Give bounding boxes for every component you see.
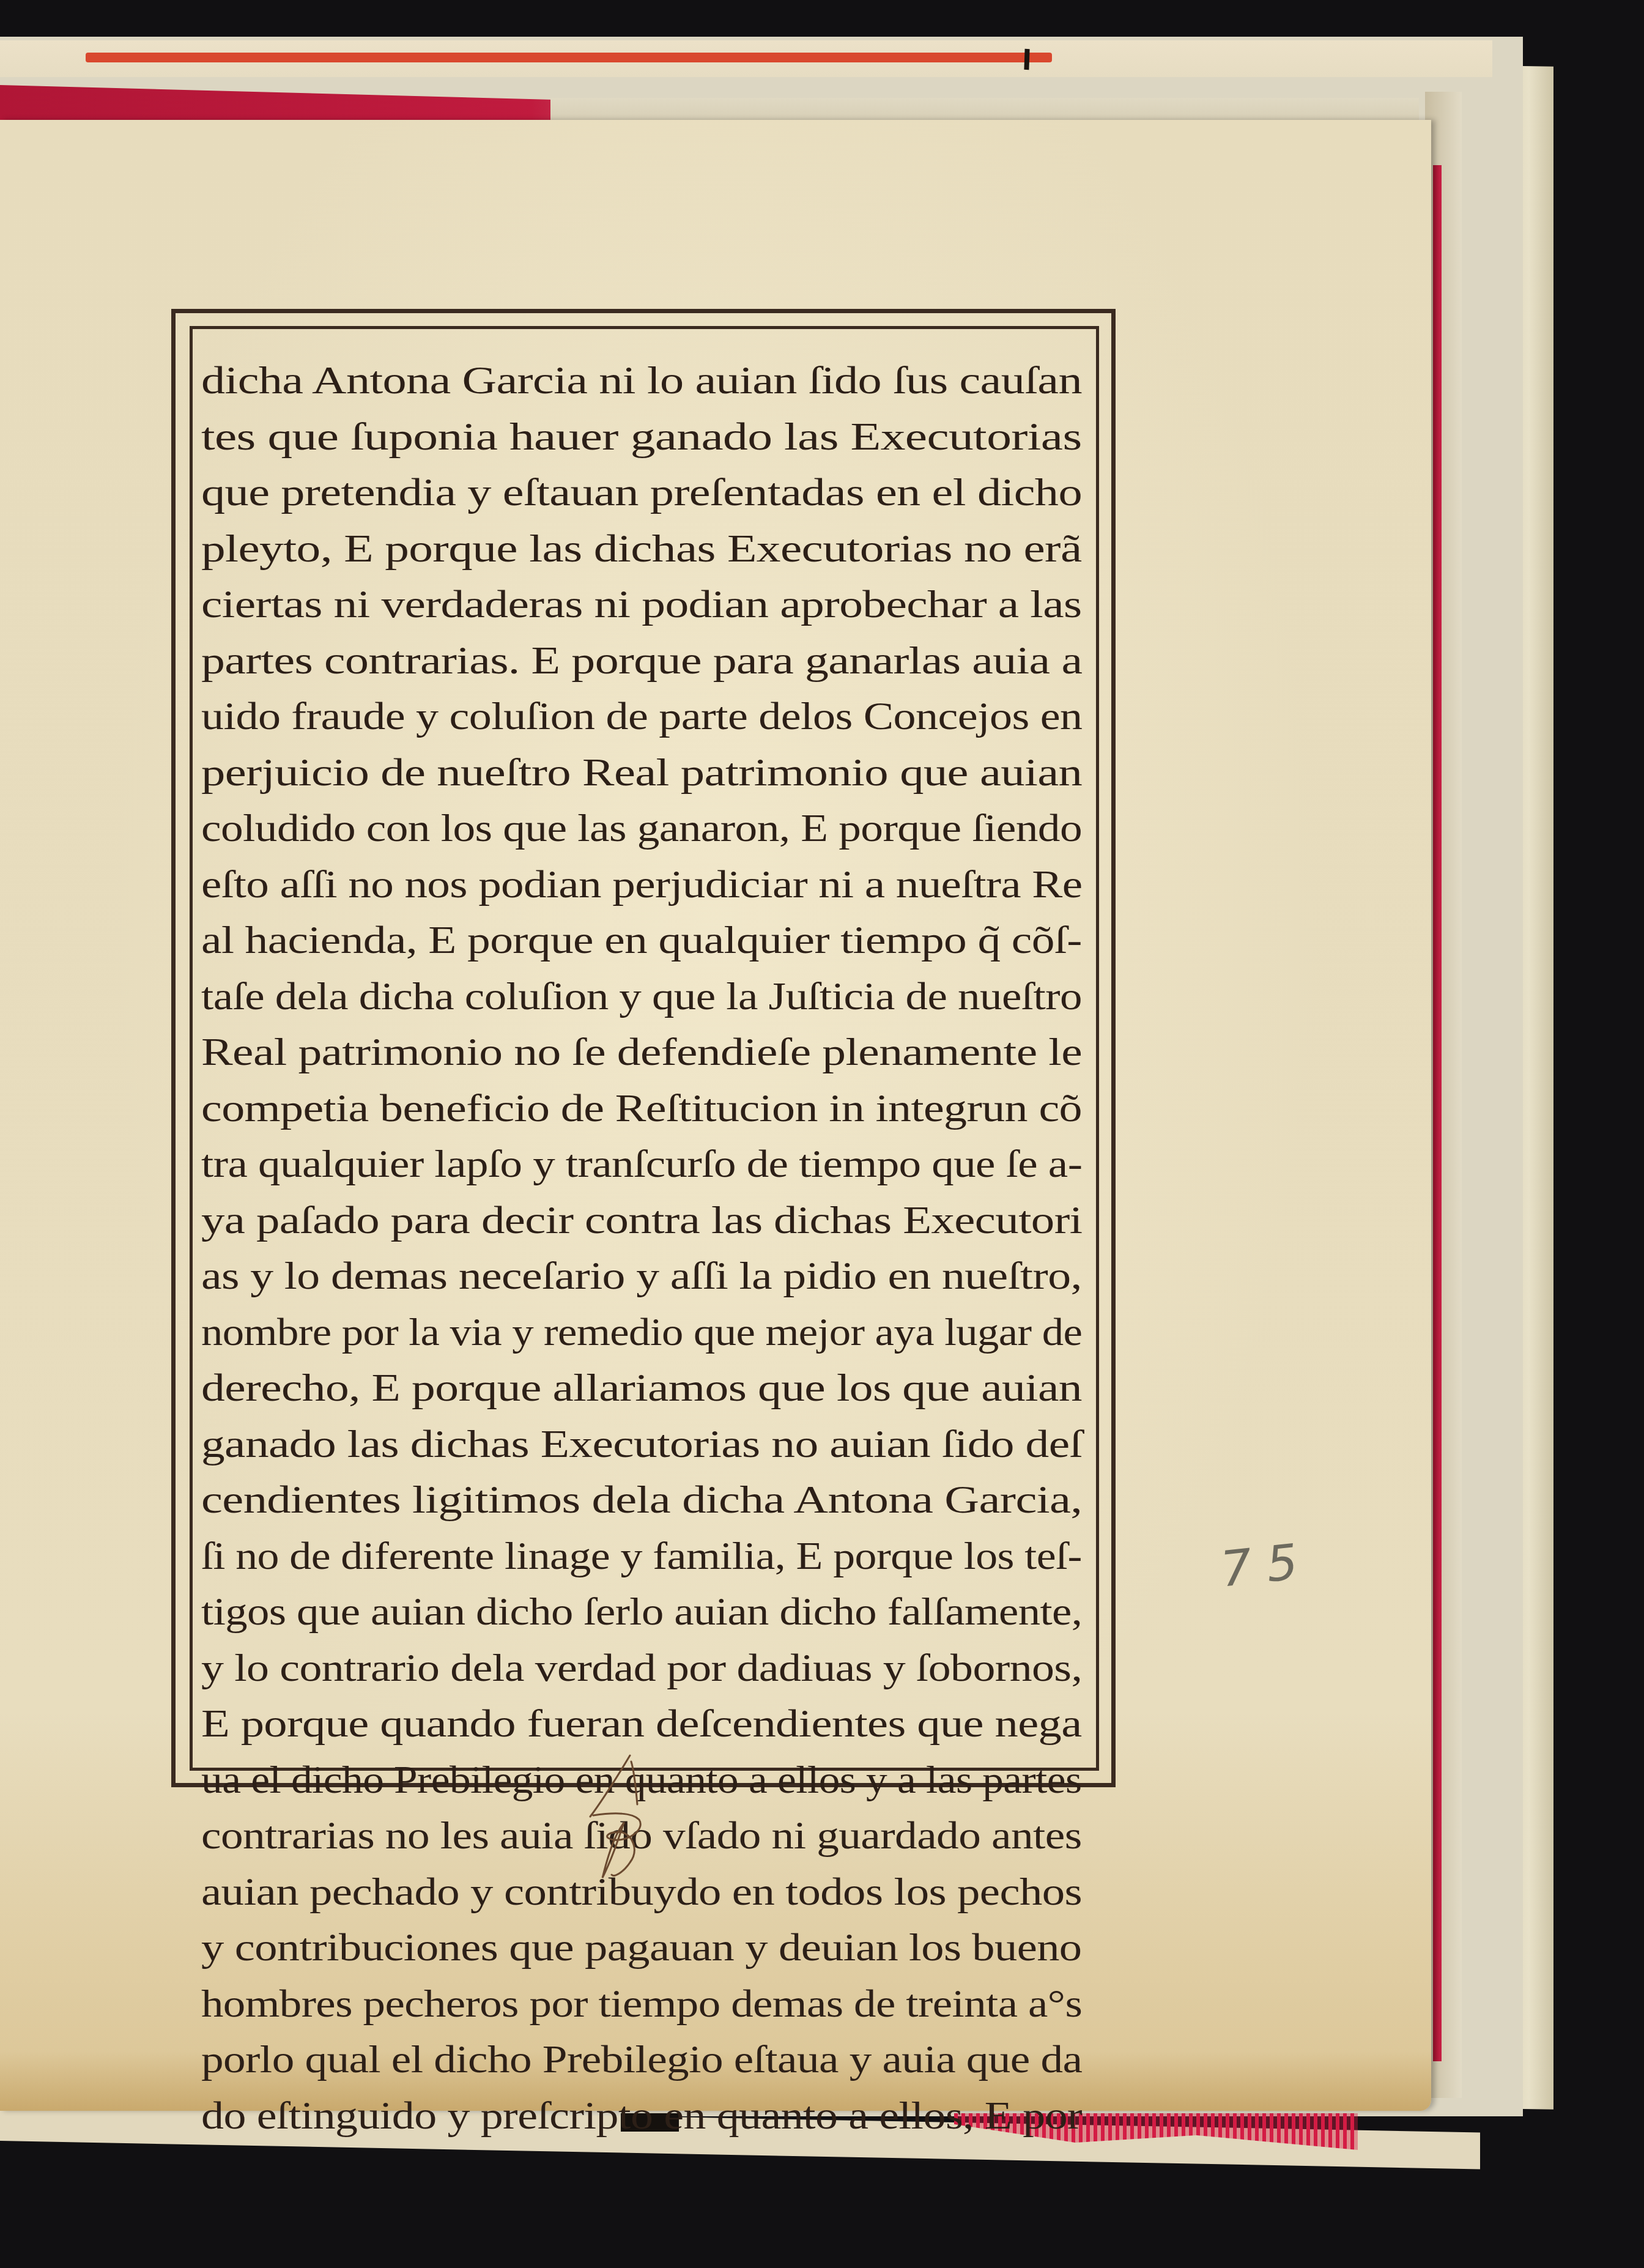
text-line: ua el dicho Prebilegio en quanto a ellos…: [201, 1752, 1161, 1808]
text-line: contrarias no les auia ſido vſado ni gua…: [201, 1807, 1216, 1864]
rubric-flourish-icon: [587, 1749, 661, 1890]
text-line: perjuicio de nueſtro Real patrimonio que…: [201, 744, 1291, 801]
text-frame-inner: dicha Antona Garcia ni lo auian ſido ſus…: [190, 326, 1099, 1771]
text-line: tra qualquier lapſo y tranſcurſo de tiem…: [201, 1136, 1212, 1192]
top-red-rule: [86, 53, 1052, 62]
text-line: hombres pecheros por tiempo demas de tre…: [201, 1976, 1210, 2032]
text-line: competia beneficio de Reſtitucion in int…: [201, 1080, 1253, 1136]
text-line: E porque quando fueran deſcendientes que…: [201, 1695, 1261, 1752]
text-line: y contribuciones que pagauan y deuian lo…: [201, 1919, 1233, 1976]
text-line: taſe dela dicha coluſion y que la Juſtic…: [201, 968, 1212, 1025]
text-line: auian pechado y contribuydo en todos los…: [201, 1864, 1236, 1920]
text-line: Real patrimonio no ſe defendieſe plename…: [201, 1024, 1275, 1080]
text-line: al hacienda, E porque en qualquier tiemp…: [201, 912, 1245, 968]
text-line: derecho, E porque allariamos que los que…: [201, 1360, 1275, 1416]
text-line: pleyto, E porque las dichas Executorias …: [201, 521, 1300, 577]
text-line: cendientes ligitimos dela dicha Antona G…: [201, 1472, 1291, 1528]
text-line: coludido con los que las ganaron, E porq…: [201, 800, 1216, 856]
text-line: tigos que auian dicho ſerlo auian dicho …: [201, 1584, 1208, 1640]
text-line: partes contrarias. E porque para ganarla…: [201, 632, 1279, 689]
text-line: ya paſado para decir contra las dichas E…: [201, 1192, 1265, 1248]
text-line: ciertas ni verdaderas ni podian aprobech…: [201, 576, 1273, 632]
text-line: porlo qual el dicho Prebilegio eſtaua y …: [201, 2031, 1215, 2088]
text-line: eſto aſſi no nos podian perjudiciar ni a…: [201, 856, 1242, 913]
text-line: do eſtinguido y preſcripto en quanto a e…: [201, 2088, 1224, 2144]
folio-number: 75: [1218, 1532, 1316, 1598]
text-line: ganado las dichas Executorias no auian ſ…: [201, 1416, 1273, 1472]
text-line: nombre por la via y remedio que mejor ay…: [201, 1304, 1180, 1360]
text-line: uido fraude y coluſion de parte delos Co…: [201, 688, 1227, 744]
red-gilt-edge-right: [1433, 165, 1442, 2061]
text-line: as y lo demas neceſario y aſſi la pidio …: [201, 1248, 1250, 1304]
text-line: tes que ſuponia hauer ganado las Executo…: [201, 409, 1331, 465]
text-line: dicha Antona Garcia ni lo auian ſido ſus…: [201, 352, 1284, 409]
text-line: ſi no de diferente linage y familia, E p…: [201, 1528, 1196, 1584]
text-line: que pretendia y eſtauan preſentadas en e…: [201, 464, 1286, 521]
text-line: y lo contrario dela verdad por dadiuas y…: [201, 1640, 1223, 1696]
